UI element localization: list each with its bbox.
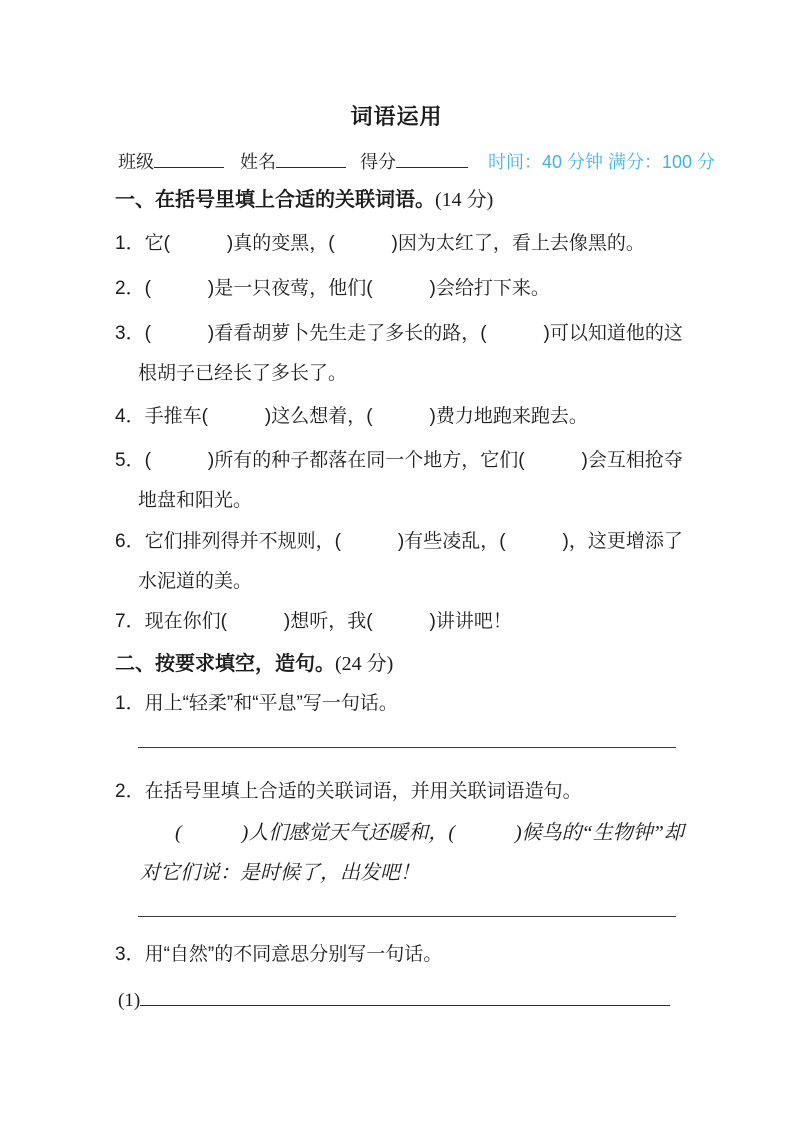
section2-question-3: 3．用“自然”的不同意思分别写一句话。 — [115, 943, 442, 967]
section1-heading: 一、在括号里填上合适的关联词语。(14 分) — [115, 188, 493, 213]
page-title: 词语运用 — [0, 100, 793, 131]
answer-line-1 — [138, 747, 676, 748]
section2-question-1: 1．用上“轻柔”和“平息”写一句话。 — [115, 692, 398, 716]
section2-heading-text: 二、按要求填空，造句。 — [115, 653, 335, 675]
question-2: 2．( )是一只夜莺，他们( )会给打下来。 — [115, 277, 550, 301]
section1-heading-text: 一、在括号里填上合适的关联词语。 — [115, 189, 435, 211]
score-field: 得分 — [360, 150, 468, 174]
answer-line-3 — [140, 987, 670, 1006]
class-field: 班级 — [118, 150, 224, 174]
score-label: 得分 — [360, 152, 396, 172]
time-score-note: 时间：40 分钟 满分：100 分 — [488, 152, 715, 172]
question-5-line2: 地盘和阳光。 — [138, 489, 252, 513]
question-6-line2: 水泥道的美。 — [138, 570, 252, 594]
question-4: 4．手推车( )这么想着，( )费力地跑来跑去。 — [115, 405, 588, 429]
question-1: 1．它( )真的变黑，( )因为太红了，看上去像黑的。 — [115, 232, 645, 256]
section2-question-2-quote-line1: ( )人们感觉天气还暖和，( )候鸟的“生物钟”却 — [175, 821, 684, 846]
score-blank-line — [396, 150, 468, 168]
question-6-line1: 6．它们排列得并不规则，( )有些凌乱，( )，这更增添了 — [115, 530, 683, 554]
question-3-line1: 3．( )看看胡萝卜先生走了多长的路，( )可以知道他的这 — [115, 322, 683, 346]
section1-points: (14 分) — [435, 189, 493, 211]
section2-question-2-quote-line2: 对它们说：是时候了，出发吧！ — [140, 861, 420, 886]
question-5-line1: 5．( )所有的种子都落在同一个地方，它们( )会互相抢夺 — [115, 449, 683, 473]
worksheet-page: 词语运用 班级姓名得分时间：40 分钟 满分：100 分 一、在括号里填上合适的… — [0, 0, 793, 1122]
name-blank-line — [276, 150, 346, 168]
section2-heading: 二、按要求填空，造句。(24 分) — [115, 652, 393, 677]
section2-question-2: 2．在括号里填上合适的关联词语，并用关联词语造句。 — [115, 780, 582, 804]
sub-item-1-label: (1) — [118, 990, 140, 1011]
question-7: 7．现在你们( )想听，我( )讲讲吧！ — [115, 610, 512, 634]
section2-question-3-sub1: (1) — [118, 987, 670, 1013]
name-field: 姓名 — [240, 150, 346, 174]
header-row: 班级姓名得分时间：40 分钟 满分：100 分 — [118, 150, 715, 174]
class-blank-line — [154, 150, 224, 168]
class-label: 班级 — [118, 152, 154, 172]
question-3-line2: 根胡子已经长了多长了。 — [138, 362, 347, 386]
name-label: 姓名 — [240, 152, 276, 172]
section2-points: (24 分) — [335, 653, 393, 675]
answer-line-2 — [138, 916, 676, 917]
